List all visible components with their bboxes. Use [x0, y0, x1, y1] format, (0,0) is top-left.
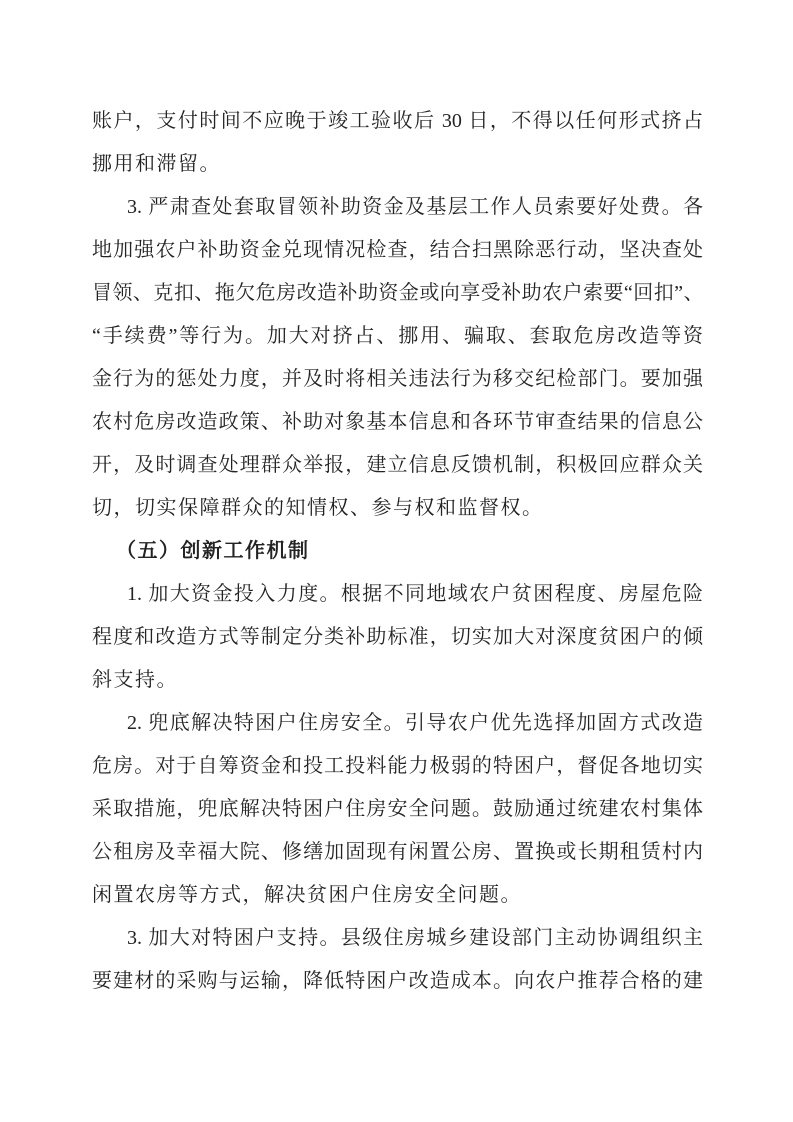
text-line: 危房。对于自筹资金和投工投料能力极弱的特困户，督促各地切实	[92, 745, 703, 788]
text-line: “手续费”等行为。加大对挤占、挪用、骗取、套取危房改造等资	[92, 315, 703, 358]
text-line: 金行为的惩处力度，并及时将相关违法行为移交纪检部门。要加强	[92, 358, 703, 401]
text-line: 开，及时调查处理群众举报，建立信息反馈机制，积极回应群众关	[92, 444, 703, 487]
paragraph: 3. 严肃查处套取冒领补助资金及基层工作人员索要好处费。各 地加强农户补助资金兑…	[92, 186, 703, 530]
text-line: 公租房及幸福大院、修缮加固现有闲置公房、置换或长期租赁村内	[92, 831, 703, 874]
text-line: 要建材的采购与运输，降低特困户改造成本。向农户推荐合格的建	[92, 960, 703, 1003]
document-text-block: 账户，支付时间不应晚于竣工验收后 30 日，不得以任何形式挤占 挪用和滞留。 3…	[92, 100, 703, 1003]
text-line: 2. 兜底解决特困户住房安全。引导农户优先选择加固方式改造	[92, 702, 703, 745]
text-line: 3. 严肃查处套取冒领补助资金及基层工作人员索要好处费。各	[92, 186, 703, 229]
section-heading-text: （五）创新工作机制	[92, 530, 703, 573]
text-line: 地加强农户补助资金兑现情况检查，结合扫黑除恶行动，坚决查处	[92, 229, 703, 272]
paragraph: 1. 加大资金投入力度。根据不同地域农户贫困程度、房屋危险 程度和改造方式等制定…	[92, 573, 703, 702]
text-line: 农村危房改造政策、补助对象基本信息和各环节审查结果的信息公	[92, 401, 703, 444]
paragraph: 2. 兜底解决特困户住房安全。引导农户优先选择加固方式改造 危房。对于自筹资金和…	[92, 702, 703, 917]
text-line: 闲置农房等方式，解决贫困户住房安全问题。	[92, 874, 703, 917]
text-line: 冒领、克扣、拖欠危房改造补助资金或向享受补助农户索要“回扣”、	[92, 272, 703, 315]
paragraph: 账户，支付时间不应晚于竣工验收后 30 日，不得以任何形式挤占 挪用和滞留。	[92, 100, 703, 186]
text-line: 切，切实保障群众的知情权、参与权和监督权。	[92, 487, 703, 530]
text-line: 采取措施，兜底解决特困户住房安全问题。鼓励通过统建农村集体	[92, 788, 703, 831]
section-heading: （五）创新工作机制	[92, 530, 703, 573]
text-line: 3. 加大对特困户支持。县级住房城乡建设部门主动协调组织主	[92, 917, 703, 960]
text-line: 1. 加大资金投入力度。根据不同地域农户贫困程度、房屋危险	[92, 573, 703, 616]
text-line: 账户，支付时间不应晚于竣工验收后 30 日，不得以任何形式挤占	[92, 100, 703, 143]
paragraph: 3. 加大对特困户支持。县级住房城乡建设部门主动协调组织主 要建材的采购与运输，…	[92, 917, 703, 1003]
text-line: 挪用和滞留。	[92, 143, 703, 186]
document-page: 账户，支付时间不应晚于竣工验收后 30 日，不得以任何形式挤占 挪用和滞留。 3…	[0, 0, 793, 1122]
text-line: 斜支持。	[92, 659, 703, 702]
text-line: 程度和改造方式等制定分类补助标准，切实加大对深度贫困户的倾	[92, 616, 703, 659]
